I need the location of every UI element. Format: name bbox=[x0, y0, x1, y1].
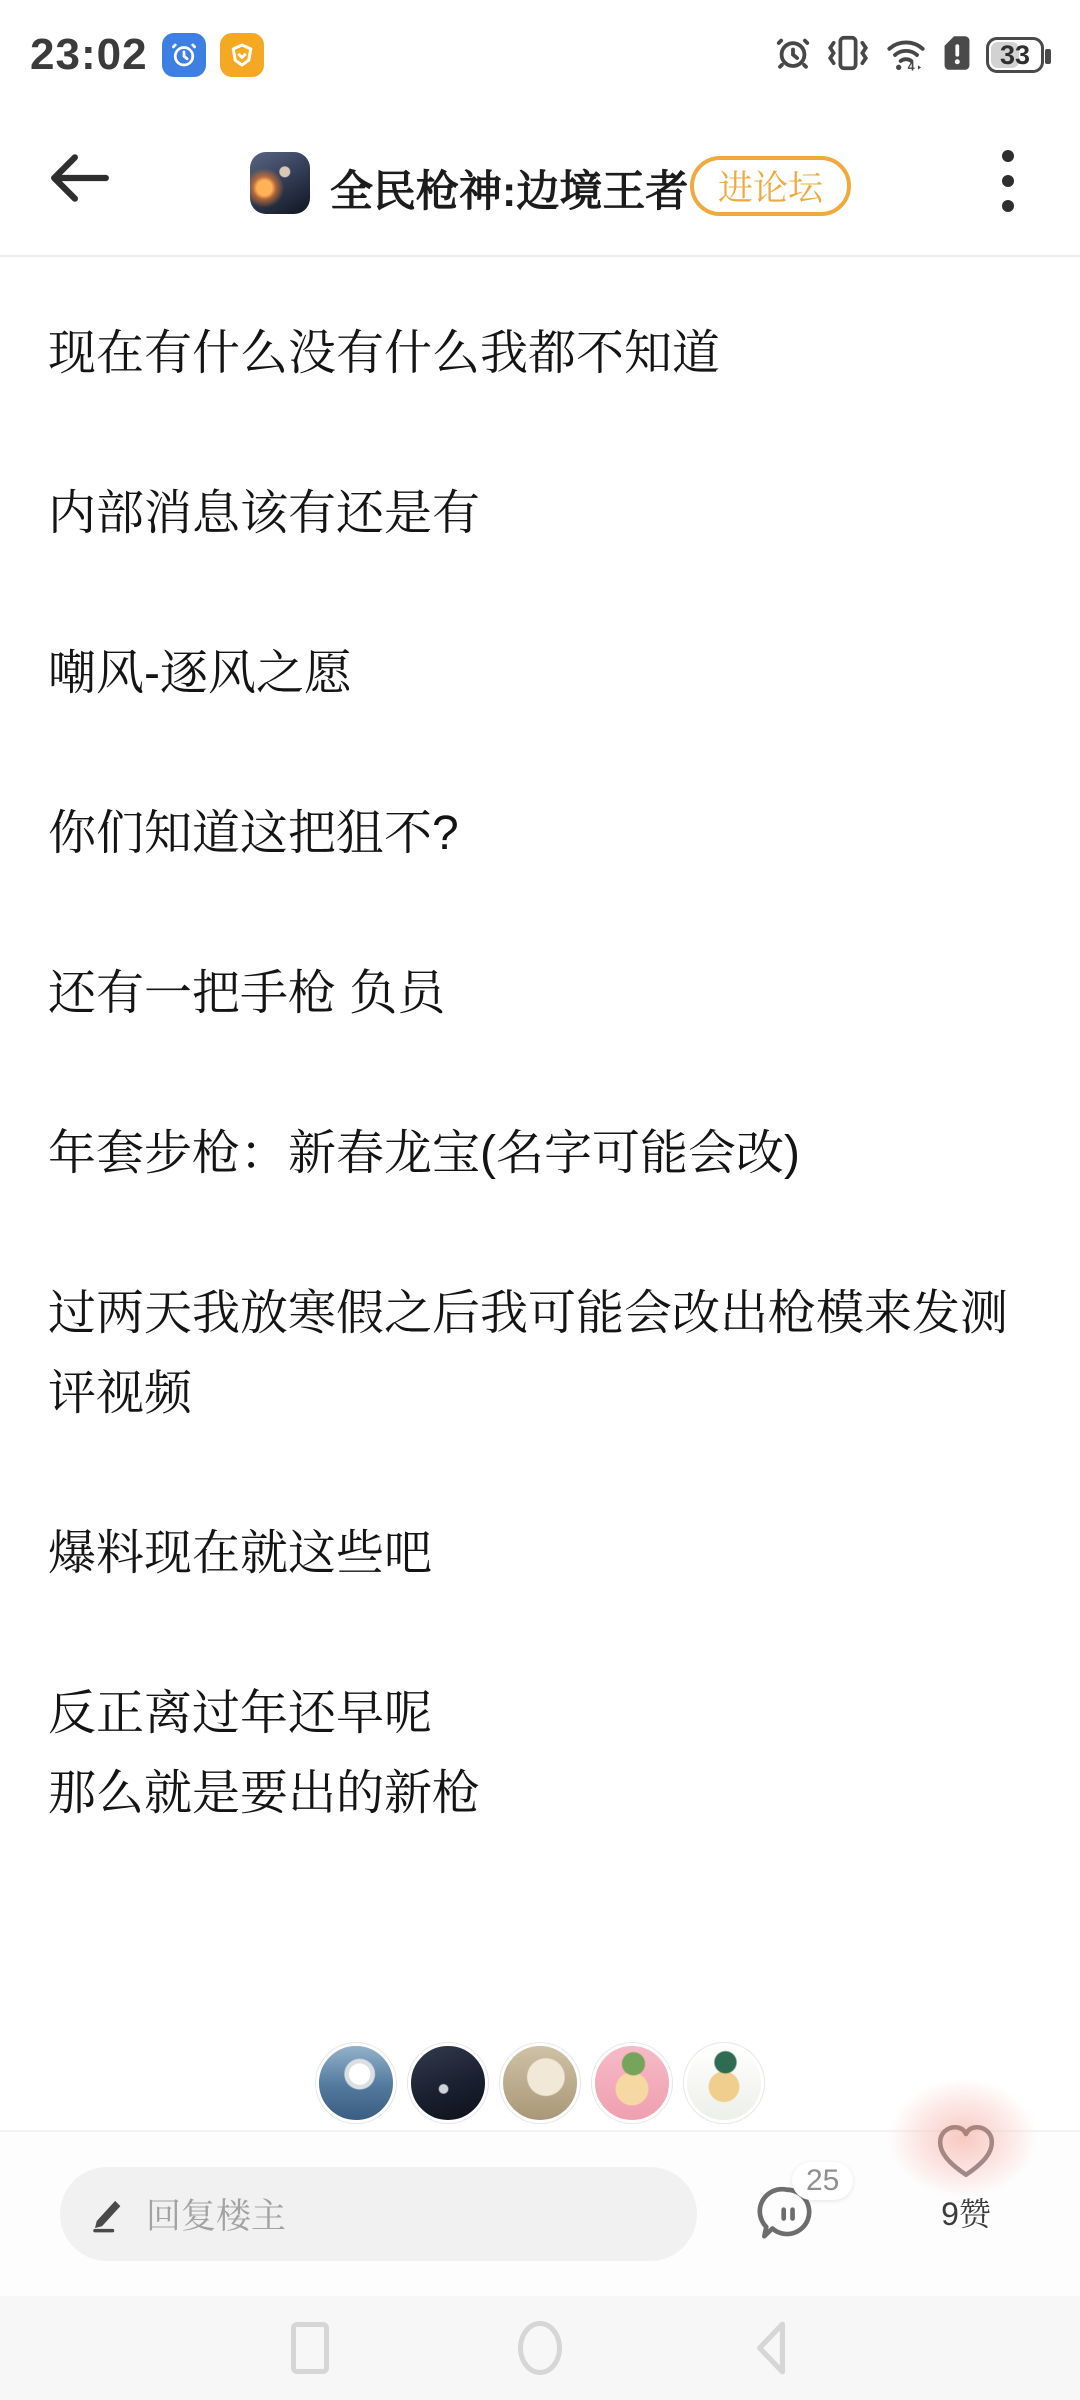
recents-square-icon bbox=[291, 2322, 329, 2374]
like-glow-effect bbox=[868, 2062, 1058, 2214]
post-paragraph: 嘲风-逐风之愿 bbox=[48, 634, 1032, 714]
post-paragraph: 年套步枪：新春龙宝(名字可能会改) bbox=[48, 1114, 1032, 1194]
reply-input[interactable]: 回复楼主 bbox=[60, 2167, 697, 2261]
post-body: 现在有什么没有什么我都不知道 内部消息该有还是有 嘲风-逐风之愿 你们知道这把狙… bbox=[0, 257, 1080, 1914]
nav-back-button[interactable] bbox=[740, 2296, 800, 2400]
page-title: 全民枪神:边境王者 bbox=[330, 158, 688, 219]
avatar-cat[interactable] bbox=[500, 2043, 580, 2123]
status-bar-right: 4 33 bbox=[774, 32, 1044, 79]
kebab-dot bbox=[1002, 150, 1014, 162]
back-arrow-icon bbox=[46, 149, 112, 207]
game-app-icon[interactable] bbox=[250, 152, 310, 214]
post-paragraph: 反正离过年还早呢 bbox=[48, 1674, 1032, 1754]
screen: 23:02 bbox=[0, 0, 1080, 2400]
battery-percent: 33 bbox=[989, 40, 1041, 70]
avatar-green-ponytail-anime-boy[interactable] bbox=[684, 2043, 764, 2123]
enter-forum-badge[interactable]: 进论坛 bbox=[690, 156, 851, 216]
back-triangle-icon bbox=[750, 2319, 790, 2377]
android-nav-bar bbox=[0, 2296, 1080, 2400]
vibrate-icon bbox=[826, 32, 870, 79]
sim-alert-icon bbox=[942, 34, 972, 77]
security-app-notification-icon bbox=[220, 33, 264, 77]
post-paragraph: 爆料现在就这些吧 bbox=[48, 1514, 1032, 1594]
avatar-dark-anime-boy[interactable] bbox=[408, 2043, 488, 2123]
post-paragraph: 你们知道这把狙不? bbox=[48, 794, 1032, 874]
comment-count-badge: 25 bbox=[792, 2162, 853, 2200]
nav-recents-button[interactable] bbox=[280, 2296, 340, 2400]
kebab-dot bbox=[1002, 200, 1014, 212]
clock-time: 23:02 bbox=[30, 30, 148, 80]
post-paragraph: 现在有什么没有什么我都不知道 bbox=[48, 314, 1032, 394]
pencil-icon bbox=[88, 2193, 130, 2235]
wifi-icon: 4 bbox=[884, 33, 928, 78]
post-paragraph: 那么就是要出的新枪 bbox=[48, 1754, 1032, 1834]
post-paragraph: 过两天我放寒假之后我可能会改出枪模来发测评视频 bbox=[48, 1274, 1032, 1434]
battery-icon: 33 bbox=[986, 37, 1044, 73]
home-circle-icon bbox=[518, 2321, 562, 2375]
back-button[interactable] bbox=[44, 146, 114, 210]
kebab-dot bbox=[1002, 175, 1014, 187]
reply-placeholder: 回复楼主 bbox=[146, 2189, 286, 2239]
header: 全民枪神:边境王者 进论坛 bbox=[0, 100, 1080, 257]
post-paragraph: 内部消息该有还是有 bbox=[48, 474, 1032, 554]
nav-home-button[interactable] bbox=[510, 2296, 570, 2400]
avatar-panda[interactable] bbox=[316, 2043, 396, 2123]
more-options-button[interactable] bbox=[988, 146, 1028, 216]
post-paragraph: 还有一把手枪 负员 bbox=[48, 954, 1032, 1034]
alarm-app-notification-icon bbox=[162, 33, 206, 77]
status-bar: 23:02 bbox=[0, 0, 1080, 100]
battery-nub bbox=[1045, 49, 1051, 64]
avatar-pink-anime-girl[interactable] bbox=[592, 2043, 672, 2123]
comments-button[interactable]: 25 bbox=[756, 2182, 856, 2278]
alarm-clock-icon bbox=[774, 34, 812, 77]
status-bar-left: 23:02 bbox=[30, 30, 264, 80]
svg-text:4: 4 bbox=[908, 59, 915, 72]
